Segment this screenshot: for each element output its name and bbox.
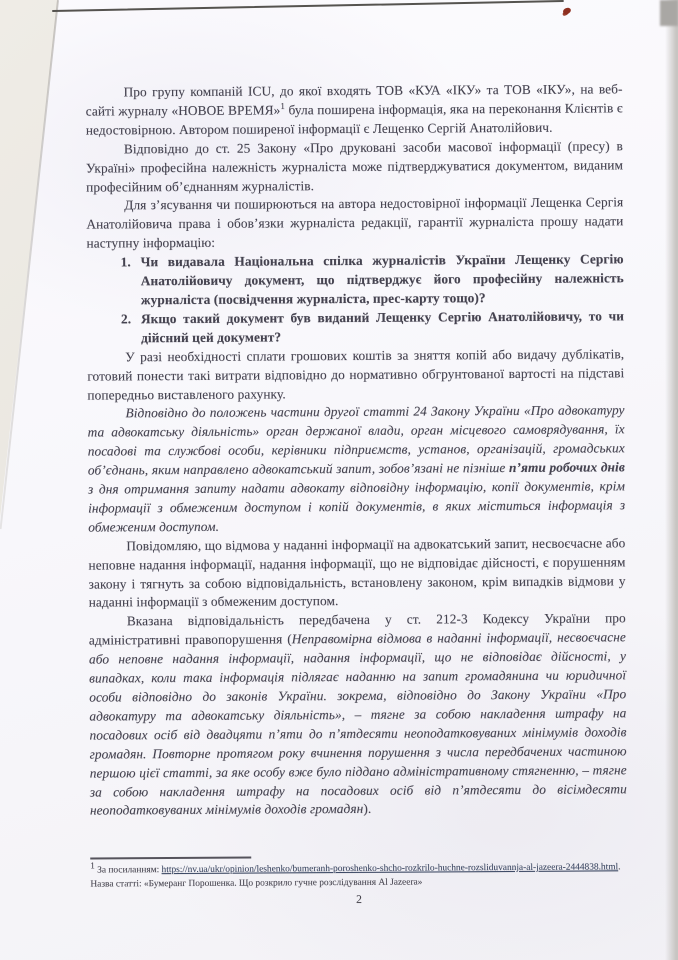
footnote-text: .	[618, 862, 620, 872]
paragraph-refusal-liability: Повідомляю, що відмова у наданні інформа…	[88, 534, 625, 613]
list-item-text: Чи видавала Національна спілка журналіст…	[141, 250, 624, 310]
paragraph-advocacy-law-quote: Відповідно до положень частини другої ст…	[87, 402, 625, 538]
paragraph-icu-intro: Про групу компаній ICU, до якої входять …	[86, 80, 623, 140]
paragraph-text: ).	[363, 801, 371, 816]
list-item: 2. Якщо такий документ був виданий Лещен…	[121, 307, 624, 348]
paragraph-text: У разі необхідності сплати грошових кошт…	[87, 346, 624, 402]
page-number: 2	[90, 891, 627, 907]
footnote-separator-rule	[90, 857, 251, 860]
footnote-line-2: Назва статті: «Бумеранг Порошенка. Що ро…	[90, 875, 627, 892]
quoted-law-text: Неправомірна відмова в наданні інформаці…	[89, 630, 627, 818]
list-item-number: 1.	[121, 253, 141, 310]
paragraph-payment: У разі необхідності сплати грошових кошт…	[87, 345, 624, 405]
paragraph-request-intro: Для з’ясування чи поширюються на автора …	[86, 194, 623, 254]
paragraph-text: з дня отримання запиту надати адвокату в…	[88, 478, 625, 534]
printed-text-layer: Про групу компаній ICU, до якої входять …	[0, 0, 678, 960]
footnote-url-link: https://nv.ua/ukr/opinion/leshenko/bumer…	[162, 862, 619, 875]
list-item: 1. Чи видавала Національна спілка журнал…	[121, 250, 624, 310]
document-body: Про групу компаній ICU, до якої входять …	[86, 80, 627, 821]
paragraph-text: Відповідно до ст. 25 Закону «Про друкова…	[86, 138, 623, 194]
list-item-number: 2.	[121, 310, 141, 348]
scanned-document-page: { "colors": { "scanner_background": "#e9…	[0, 0, 678, 960]
footnote-text: За посиланням:	[97, 865, 161, 875]
paragraph-text: Для з’ясування чи поширюються на автора …	[86, 195, 623, 251]
footnote-marker: 1	[90, 860, 95, 870]
numbered-request-list: 1. Чи видавала Національна спілка журнал…	[121, 250, 625, 348]
list-item-text: Якщо такий документ був виданий Лещенку …	[141, 307, 624, 348]
paragraph-code-212-3: Вказана відповідальність передбачена у с…	[89, 610, 627, 821]
footnote-text: Назва статті: «Бумеранг Порошенка. Що ро…	[90, 877, 422, 889]
paragraph-law-press: Відповідно до ст. 25 Закону «Про друкова…	[86, 137, 623, 197]
emphasized-term: п’яти робочих днів	[509, 459, 625, 475]
footnote-area: 1 За посиланням: https://nv.ua/ukr/opini…	[90, 854, 627, 907]
paragraph-text: Повідомляю, що відмова у наданні інформа…	[88, 535, 625, 610]
